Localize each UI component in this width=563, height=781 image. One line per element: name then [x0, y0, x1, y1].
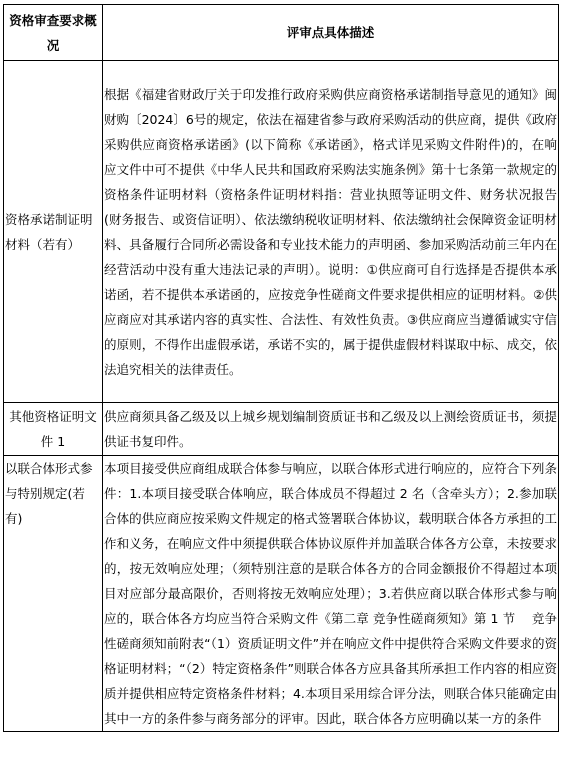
table-row: 其他资格证明文件 1 供应商须具备乙级及以上城乡规划编制资质证书和乙级及以上测绘…: [4, 403, 559, 456]
table-header-row: 资格审查要求概况 评审点具体描述: [4, 5, 559, 61]
row-label-commitment-materials: 资格承诺制证明材料（若有）: [4, 61, 103, 403]
header-review-point-description: 评审点具体描述: [103, 5, 559, 61]
row-description-commitment-materials: 根据《福建省财政厅关于印发推行政府采购供应商资格承诺制指导意见的通知》闽财购〔2…: [103, 61, 559, 403]
qualification-review-table: 资格审查要求概况 评审点具体描述 资格承诺制证明材料（若有） 根据《福建省财政厅…: [3, 4, 559, 732]
row-description-other-qualification-docs: 供应商须具备乙级及以上城乡规划编制资质证书和乙级及以上测绘资质证书，须提供证书复…: [103, 403, 559, 456]
row-label-consortium-rules: 以联合体形式参与特别规定(若有): [4, 456, 103, 732]
row-description-consortium-rules: 本项目接受供应商组成联合体参与响应，以联合体形式进行响应的，应符合下列条件：1.…: [103, 456, 559, 732]
row-label-other-qualification-docs: 其他资格证明文件 1: [4, 403, 103, 456]
header-requirement-overview: 资格审查要求概况: [4, 5, 103, 61]
table-row: 资格承诺制证明材料（若有） 根据《福建省财政厅关于印发推行政府采购供应商资格承诺…: [4, 61, 559, 403]
table-row: 以联合体形式参与特别规定(若有) 本项目接受供应商组成联合体参与响应，以联合体形…: [4, 456, 559, 732]
